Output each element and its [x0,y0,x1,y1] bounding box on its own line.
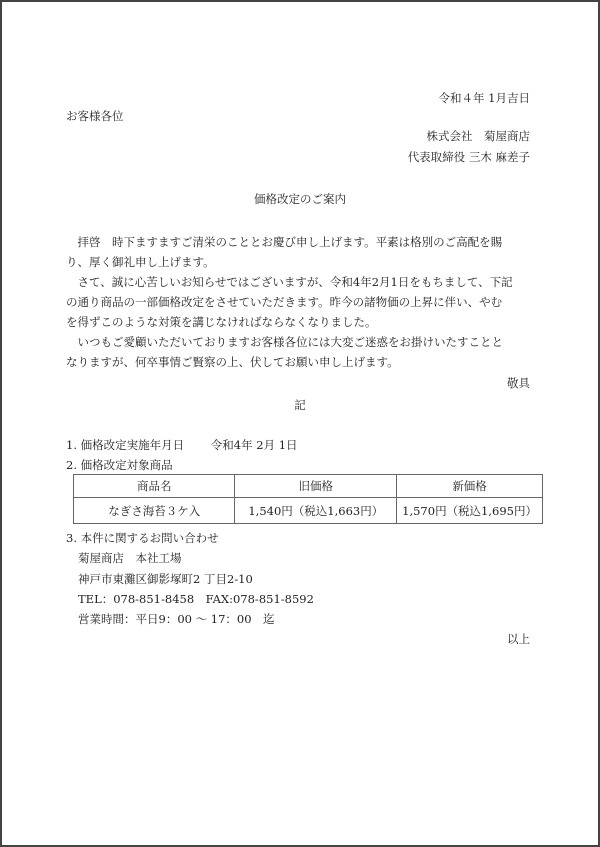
item-3-inquiry: 3. 本件に関するお問い合わせ [66,530,219,546]
contact-name: 菊屋商店 本社工場 [78,550,182,566]
price-table: 商品名 旧価格 新価格 なぎさ海苔３ケ入 1,540円（税込1,663円） 1,… [73,474,543,524]
representative: 代表取締役 三木 麻差子 [408,149,530,165]
table-row: なぎさ海苔３ケ入 1,540円（税込1,663円） 1,570円（税込1,695… [74,498,543,524]
body-line: いつもご愛顧いただいておりますお客様各位には大変ご迷惑をお掛けいたすことと [66,334,503,350]
closing-ijou: 以上 [507,631,530,647]
header-old-price: 旧価格 [235,475,397,498]
table-header-row: 商品名 旧価格 新価格 [74,475,543,498]
header-product-name: 商品名 [74,475,235,498]
contact-address: 神戸市東灘区御影塚町2 丁目2-10 [78,571,253,587]
item-1-date: 1. 価格改定実施年月日 令和4年 2月 1日 [66,437,298,453]
body-line: り、厚く御礼申し上げます。 [66,254,215,270]
body-line: なりますが、何卒事情ご賢察の上、伏してお願い申し上げます。 [66,354,399,370]
company-name: 株式会社 菊屋商店 [427,128,531,144]
body-line: を得ずこのような対策を講じなければならなくなりました。 [66,314,377,330]
header-new-price: 新価格 [397,475,543,498]
cell-product-name: なぎさ海苔３ケ入 [74,498,235,524]
cell-new-price: 1,570円（税込1,695円） [397,498,543,524]
contact-hours: 営業時間：平日9：00 ～ 17：00 迄 [78,611,275,627]
cell-old-price: 1,540円（税込1,663円） [235,498,397,524]
ki-heading: 記 [0,397,600,413]
contact-phone: TEL：078-851-8458 FAX:078-851-8592 [78,591,314,607]
item-2-products: 2. 価格改定対象商品 [66,457,173,473]
recipient: お客様各位 [66,108,124,124]
body-line: さて、誠に心苦しいお知らせではございますが、令和4年2月1日をもちまして、下記 [66,274,513,290]
body-line: の通り商品の一部価格改定をさせていただきます。昨今の諸物価の上昇に伴い、やむ [66,294,502,310]
closing-keigu: 敬具 [507,375,530,391]
document-title: 価格改定のご案内 [0,191,600,207]
document-date: 令和４年 1月吉日 [439,90,530,106]
body-line: 拝啓 時下ますますご清栄のこととお慶び申し上げます。平素は格別のご高配を賜 [66,234,502,250]
